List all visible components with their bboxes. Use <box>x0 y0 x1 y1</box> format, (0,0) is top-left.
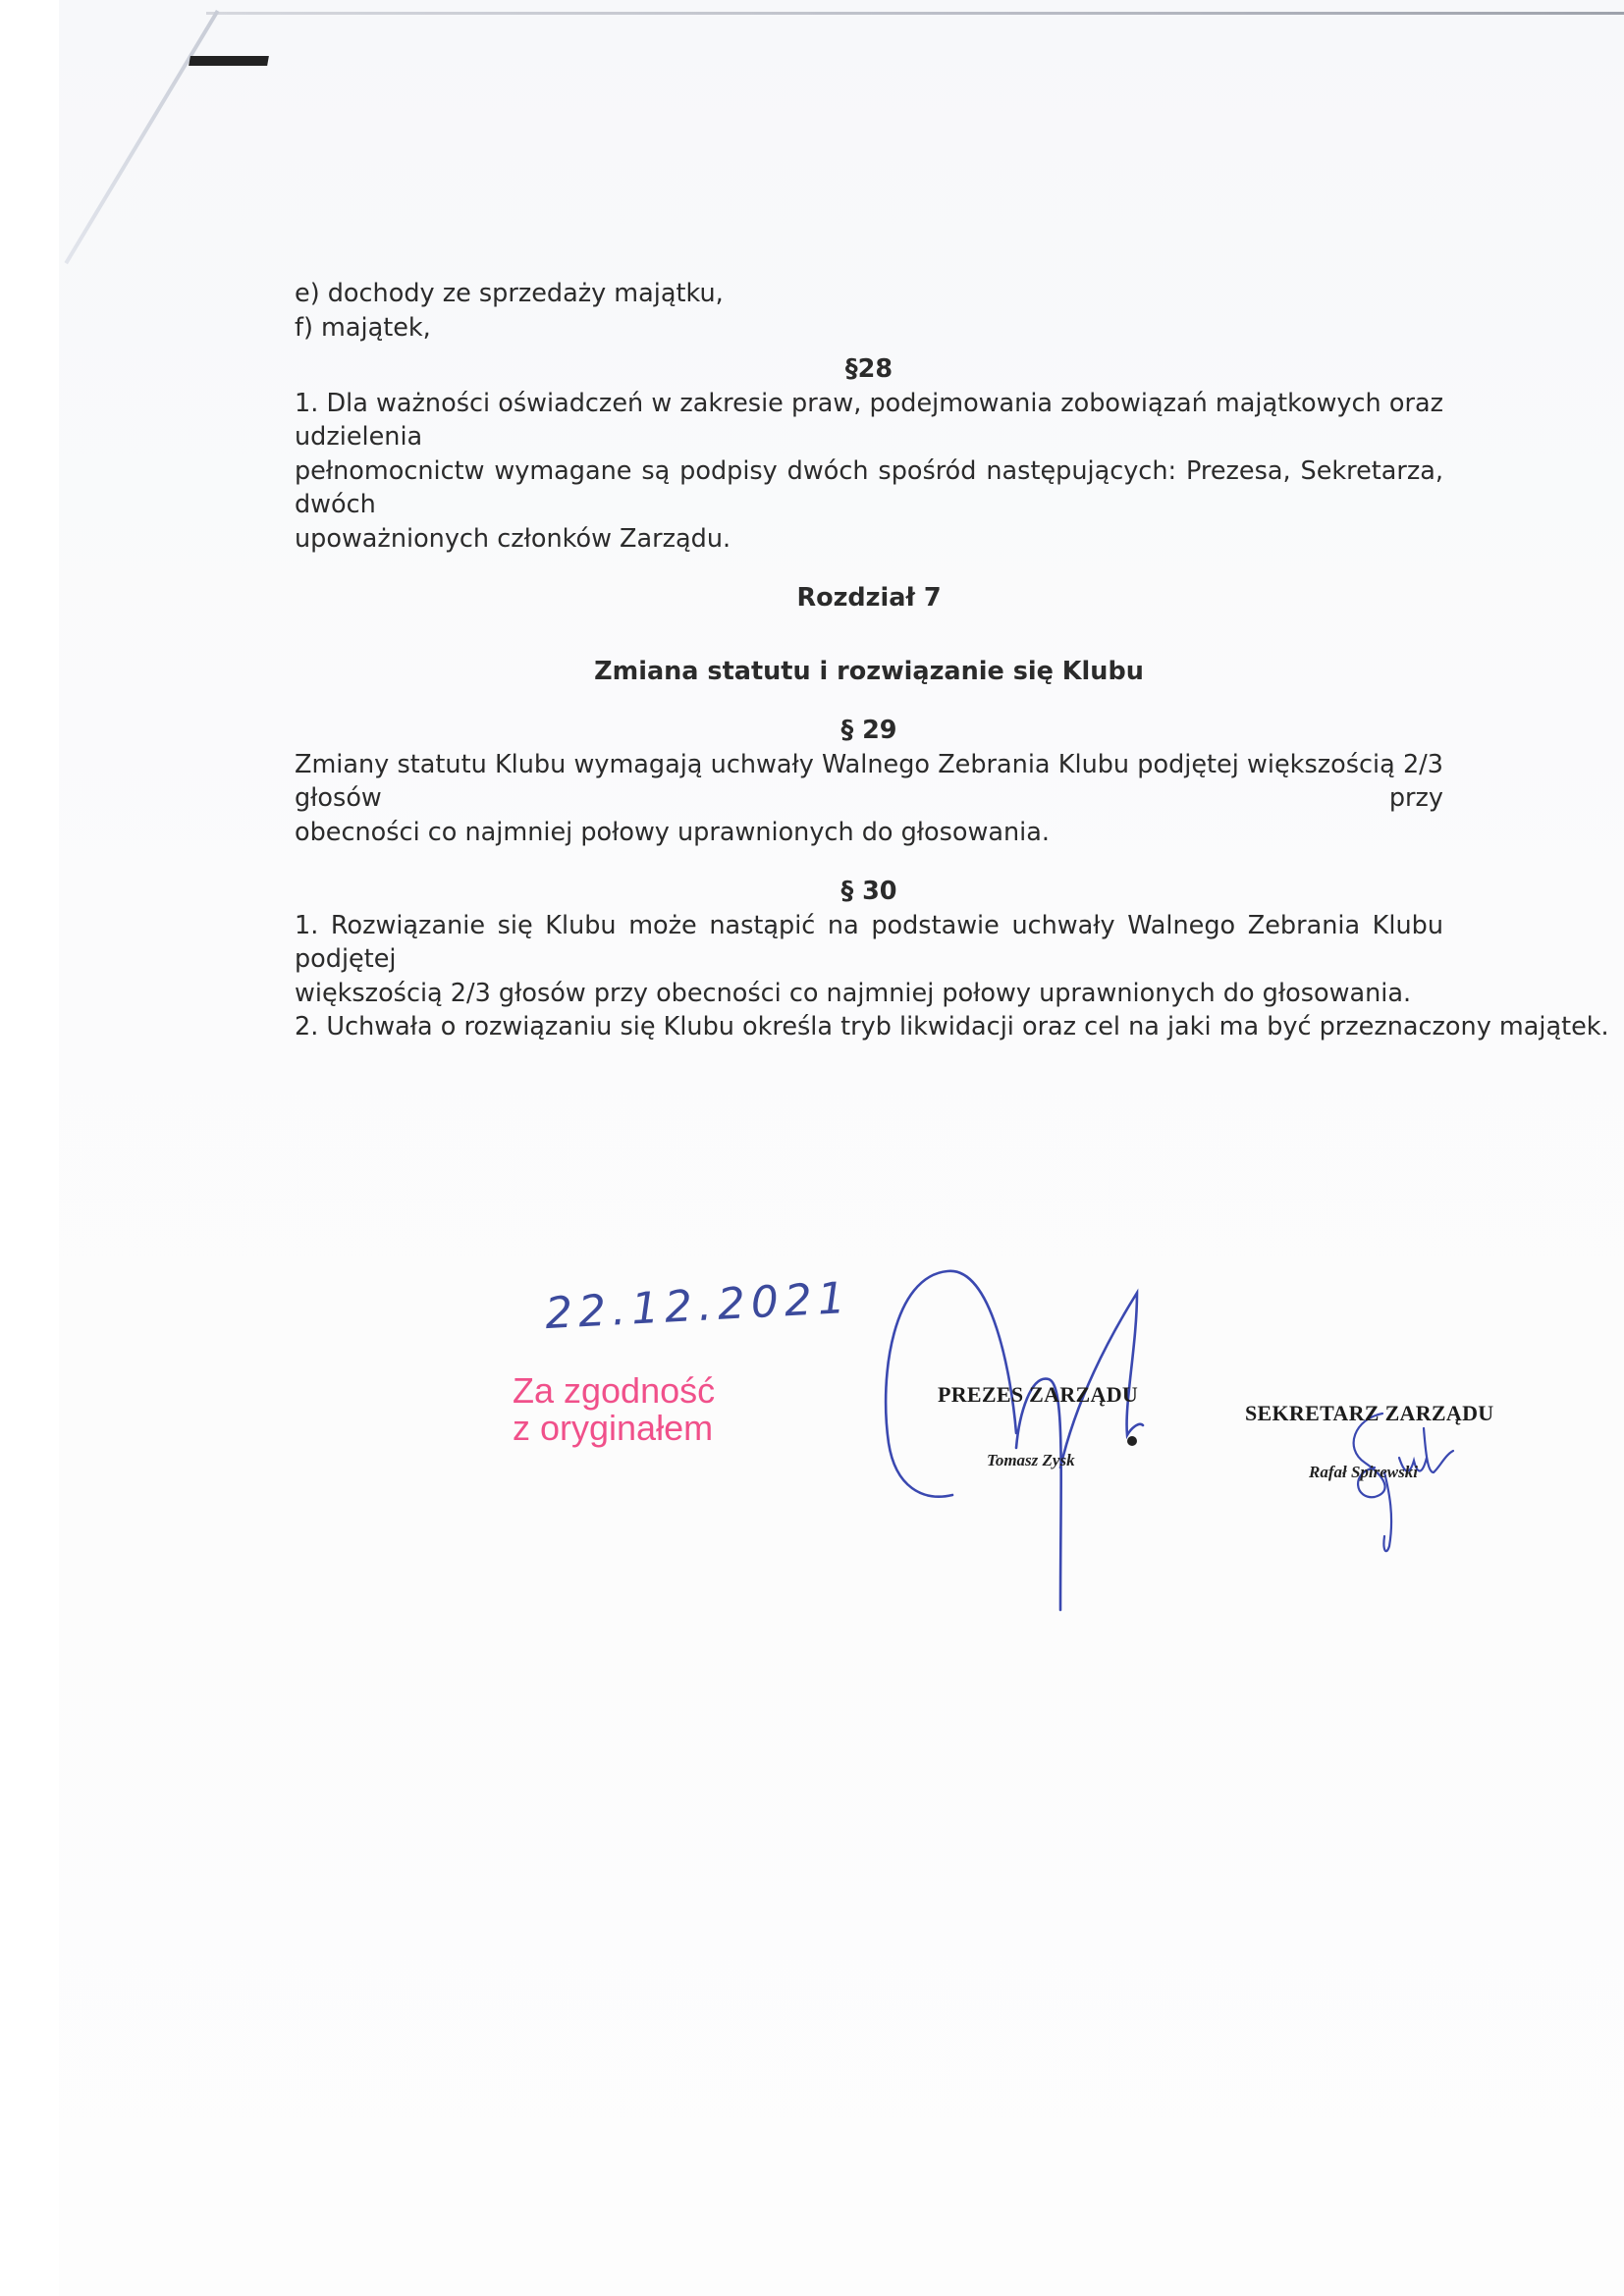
secretary-name: Rafał Spirewski <box>1309 1463 1418 1482</box>
section-30-line: 1. Rozwiązanie się Klubu może nastąpić n… <box>295 909 1443 977</box>
chapter-label: Rozdział 7 <box>295 581 1443 615</box>
section-29-line: obecności co najmniej połowy uprawnionyc… <box>295 816 1443 850</box>
section-28-line: upoważnionych członków Zarządu. <box>295 522 1443 557</box>
page-left-margin <box>0 0 59 2296</box>
page-top-edge <box>206 12 1624 15</box>
section-30-line: większością 2/3 głosów przy obecności co… <box>295 977 1443 1011</box>
document-body: e) dochody ze sprzedaży majątku, f) mają… <box>295 277 1443 1044</box>
certification-stamp: Za zgodność z oryginałem <box>513 1372 715 1447</box>
section-30-heading: § 30 <box>295 875 1443 909</box>
stamp-line-1: Za zgodność <box>513 1372 715 1410</box>
staple-mark <box>189 56 269 66</box>
president-signature-icon <box>864 1256 1198 1620</box>
president-title: PREZES ZARZĄDU <box>938 1382 1138 1408</box>
section-28-line: pełnomocnictw wymagane są podpisy dwóch … <box>295 454 1443 522</box>
section-28-paragraph: 1. Dla ważności oświadczeń w zakresie pr… <box>295 387 1443 557</box>
chapter-title: Zmiana statutu i rozwiązanie się Klubu <box>295 655 1443 689</box>
section-30-line: 2. Uchwała o rozwiązaniu się Klubu okreś… <box>295 1010 1443 1044</box>
stamp-line-2: z oryginałem <box>513 1410 715 1447</box>
section-29-line: Zmiany statutu Klubu wymagają uchwały Wa… <box>295 748 1443 816</box>
list-item-e: e) dochody ze sprzedaży majątku, <box>295 277 1443 311</box>
president-name: Tomasz Zysk <box>987 1451 1075 1470</box>
section-28-heading: §28 <box>295 352 1443 387</box>
section-30-paragraph: 1. Rozwiązanie się Klubu może nastąpić n… <box>295 909 1443 1044</box>
secretary-title: SEKRETARZ ZARZĄDU <box>1245 1401 1493 1426</box>
section-29-paragraph: Zmiany statutu Klubu wymagają uchwały Wa… <box>295 748 1443 850</box>
list-item-f: f) majątek, <box>295 311 1443 346</box>
section-29-heading: § 29 <box>295 714 1443 748</box>
section-28-line: 1. Dla ważności oświadczeń w zakresie pr… <box>295 387 1443 454</box>
